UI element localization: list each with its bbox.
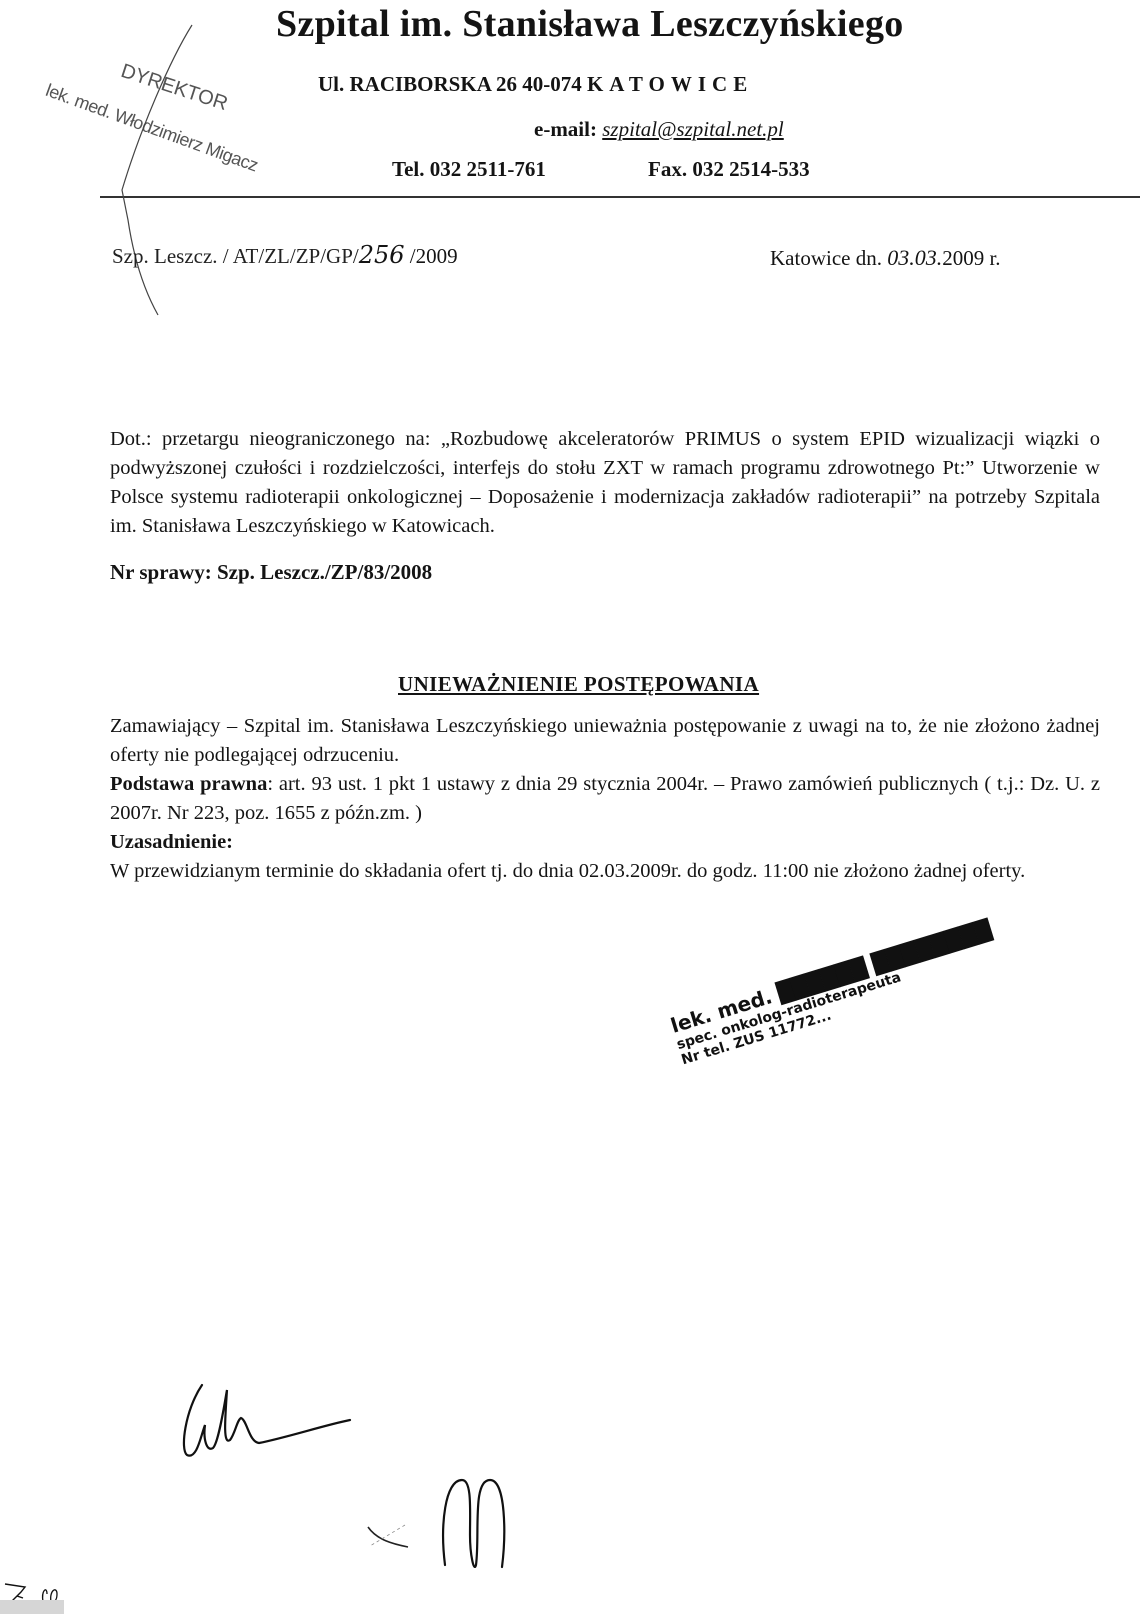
- doctor-stamp: lek. med. ██████ ████████ spec. onkolog-…: [668, 945, 930, 1120]
- justification-text: W przewidzianym terminie do składania of…: [110, 857, 1100, 886]
- hospital-email: e-mail: szpital@szpital.net.pl: [534, 117, 784, 142]
- body-intro: Zamawiający – Szpital im. Stanisława Les…: [110, 712, 1100, 770]
- hospital-address: Ul. RACIBORSKA 26 40-074 KATOWICE: [318, 72, 753, 97]
- section-heading: UNIEWAŻNIENIE POSTĘPOWANIA: [398, 672, 759, 697]
- address-street: Ul. RACIBORSKA 26 40-074: [318, 72, 582, 96]
- header-divider: [100, 196, 1140, 198]
- reference-prefix: Szp. Leszcz. / AT/ZL/ZP/GP/: [112, 244, 359, 268]
- email-link[interactable]: szpital@szpital.net.pl: [602, 117, 784, 141]
- document-reference: Szp. Leszcz. / AT/ZL/ZP/GP/256 /2009: [112, 241, 458, 269]
- email-label: e-mail:: [534, 117, 597, 141]
- signature-cross-mark: [365, 1522, 415, 1552]
- hospital-phone: Tel. 032 2511-761: [392, 157, 546, 182]
- case-number: Nr sprawy: Szp. Leszcz./ZP/83/2008: [110, 560, 432, 585]
- address-city: KATOWICE: [587, 72, 753, 96]
- legal-basis: Podstawa prawna: art. 93 ust. 1 pkt 1 us…: [110, 770, 1100, 828]
- signature-primary: [175, 1380, 365, 1480]
- reference-handwritten-number: 256: [359, 241, 405, 269]
- subject-paragraph: Dot.: przetargu nieograniczonego na: „Ro…: [110, 425, 1100, 541]
- date-handwritten: 03.03.: [887, 245, 942, 270]
- document-date: Katowice dn. 03.03.2009 r.: [770, 245, 1001, 271]
- date-suffix: 2009 r.: [942, 246, 1000, 270]
- hospital-name: Szpital im. Stanisława Leszczyńskiego: [276, 2, 904, 46]
- justification-label: Uzasadnienie:: [110, 828, 1100, 857]
- signature-initial: [440, 1475, 510, 1575]
- hospital-fax: Fax. 032 2514-533: [648, 157, 810, 182]
- legal-basis-label: Podstawa prawna: [110, 773, 267, 795]
- reference-suffix: /2009: [405, 244, 458, 268]
- director-signature-stroke: [100, 20, 220, 320]
- date-prefix: Katowice dn.: [770, 246, 887, 270]
- body-section: Zamawiający – Szpital im. Stanisława Les…: [110, 712, 1100, 886]
- scan-edge-mark: [0, 1600, 64, 1614]
